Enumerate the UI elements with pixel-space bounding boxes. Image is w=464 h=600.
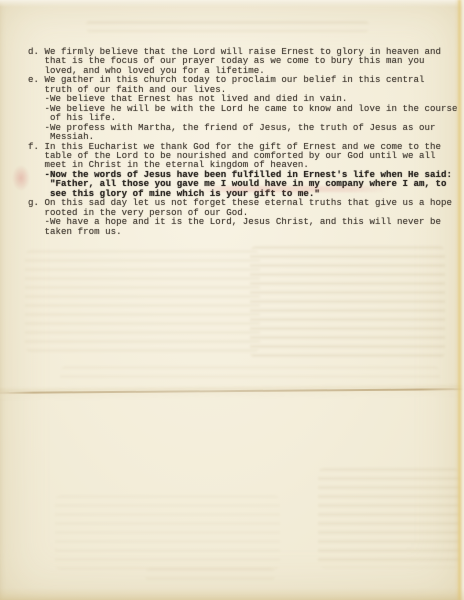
bleed-through-smudge	[25, 250, 260, 352]
bleed-through-smudge	[250, 246, 445, 358]
bleed-through-smudge	[55, 495, 280, 570]
typed-line: taken from us.	[28, 227, 458, 236]
bleed-through-smudge	[60, 366, 440, 382]
bleed-through-smudge	[145, 568, 275, 582]
document-page: d. We firmly believe that the Lord will …	[0, 0, 464, 600]
typed-text-block: d. We firmly believe that the Lord will …	[28, 47, 458, 236]
bleed-through-smudge	[318, 468, 460, 568]
bleed-through-smudge	[85, 21, 370, 32]
red-ink-margin-mark	[12, 165, 30, 191]
fold-crease-line	[0, 388, 464, 393]
paper-top-edge-highlight	[0, 0, 464, 7]
paper-right-edge-line	[458, 0, 461, 600]
red-ink-streak	[195, 186, 390, 192]
paper-bottom-edge-shading	[0, 588, 464, 600]
